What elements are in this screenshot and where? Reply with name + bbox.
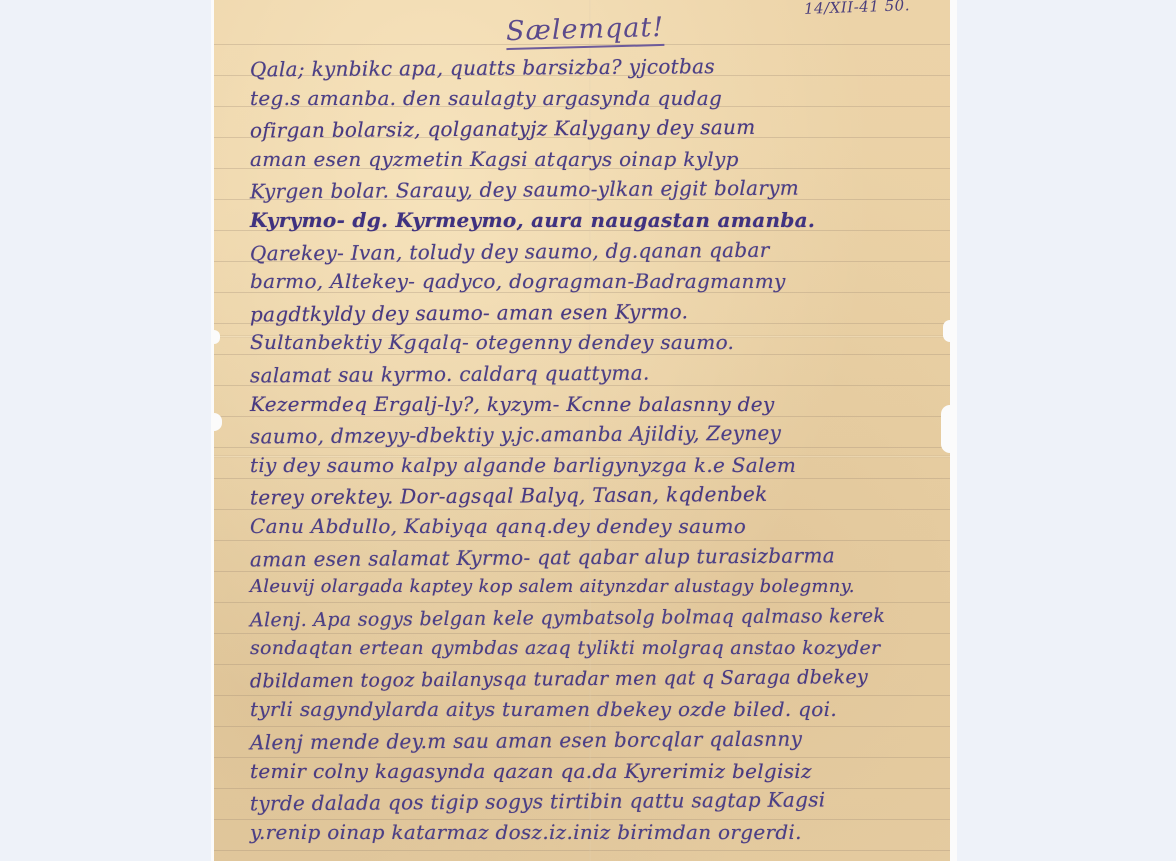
letter-line: Qala; kynbikc apa, quatts barsizba? yjco…	[250, 50, 940, 85]
letter-line: temir colny kagasynda qazan qa.da Kyreri…	[250, 756, 940, 787]
letter-line: ofirgan bolarsiz, qolganatyjz Kalygany d…	[250, 111, 940, 146]
image-viewer: 14/XII-41 50. Sælemqat! Qala; kynbikc ap…	[0, 0, 1176, 861]
letter-line: Kyrgen bolar. Sarauy, dey saumo-ylkan ej…	[250, 172, 940, 207]
letter-line: saumo, dmzeyy-dbektiy y.jc.amanba Ajildi…	[250, 417, 940, 452]
letter-line: aman esen salamat Kyrmo- qat qabar alup …	[250, 539, 940, 574]
letter-line: Alenj mende dey.m sau aman esen borcqlar…	[250, 723, 940, 758]
letter-line: tiy dey saumo kalpy algande barligynyzga…	[250, 450, 940, 481]
letter-line: Sultanbektiy Kgqalq- otegenny dendey sau…	[250, 327, 940, 358]
letter-line: Kezermdeq Ergalj-ly?, kyzym- Kcnne balas…	[250, 389, 940, 420]
letter-line: y.renip oinap katarmaz dosz.iz.iniz biri…	[250, 817, 940, 848]
letter-line: tyrli sagyndylarda aitys turamen dbekey …	[250, 694, 940, 725]
letter-line: terey orektey. Dor-agsqal Balyq, Tasan, …	[250, 478, 940, 513]
letter-line: salamat sau kyrmo. caldarq quattyma.	[250, 356, 940, 391]
letter-line: Aleuvij olargada kaptey kop salem aitynz…	[250, 572, 940, 603]
letter-line: Canu Abdullo, Kabiyqa qanq.dey dendey sa…	[250, 511, 940, 542]
letter-line: dbildamen togoz bailanysqa turadar men q…	[250, 661, 940, 696]
letter-title: Sælemqat!	[506, 12, 665, 50]
letter-line: Alenj. Apa sogys belgan kele qymbatsolg …	[250, 600, 940, 635]
letter-line: teg.s amanba. den saulagty argasynda qud…	[250, 83, 940, 114]
letter-line: pagdtkyldy dey saumo- aman esen Kyrmo.	[250, 294, 940, 329]
torn-edge	[941, 405, 950, 453]
torn-edge	[943, 320, 950, 342]
letter-page: 14/XII-41 50. Sælemqat! Qala; kynbikc ap…	[214, 0, 950, 861]
letter-line: sondaqtan ertean qymbdas azaq tylikti mo…	[250, 633, 940, 664]
letter-line: tyrde dalada qos tigip sogys tirtibin qa…	[250, 784, 940, 819]
letter-line: Kyrymo- dg. Kyrmeymo, aura naugastan ama…	[250, 205, 940, 236]
letter-line: Qarekey- Ivan, toludy dey saumo, dg.qana…	[250, 233, 940, 268]
letter-line: aman esen qyzmetin Kagsi atqarys oinap k…	[250, 144, 940, 175]
letter-body: Qala; kynbikc apa, quatts barsizba? yjco…	[250, 52, 940, 847]
letter-line: barmo, Altekey- qadyco, dogragman-Badrag…	[250, 266, 940, 297]
